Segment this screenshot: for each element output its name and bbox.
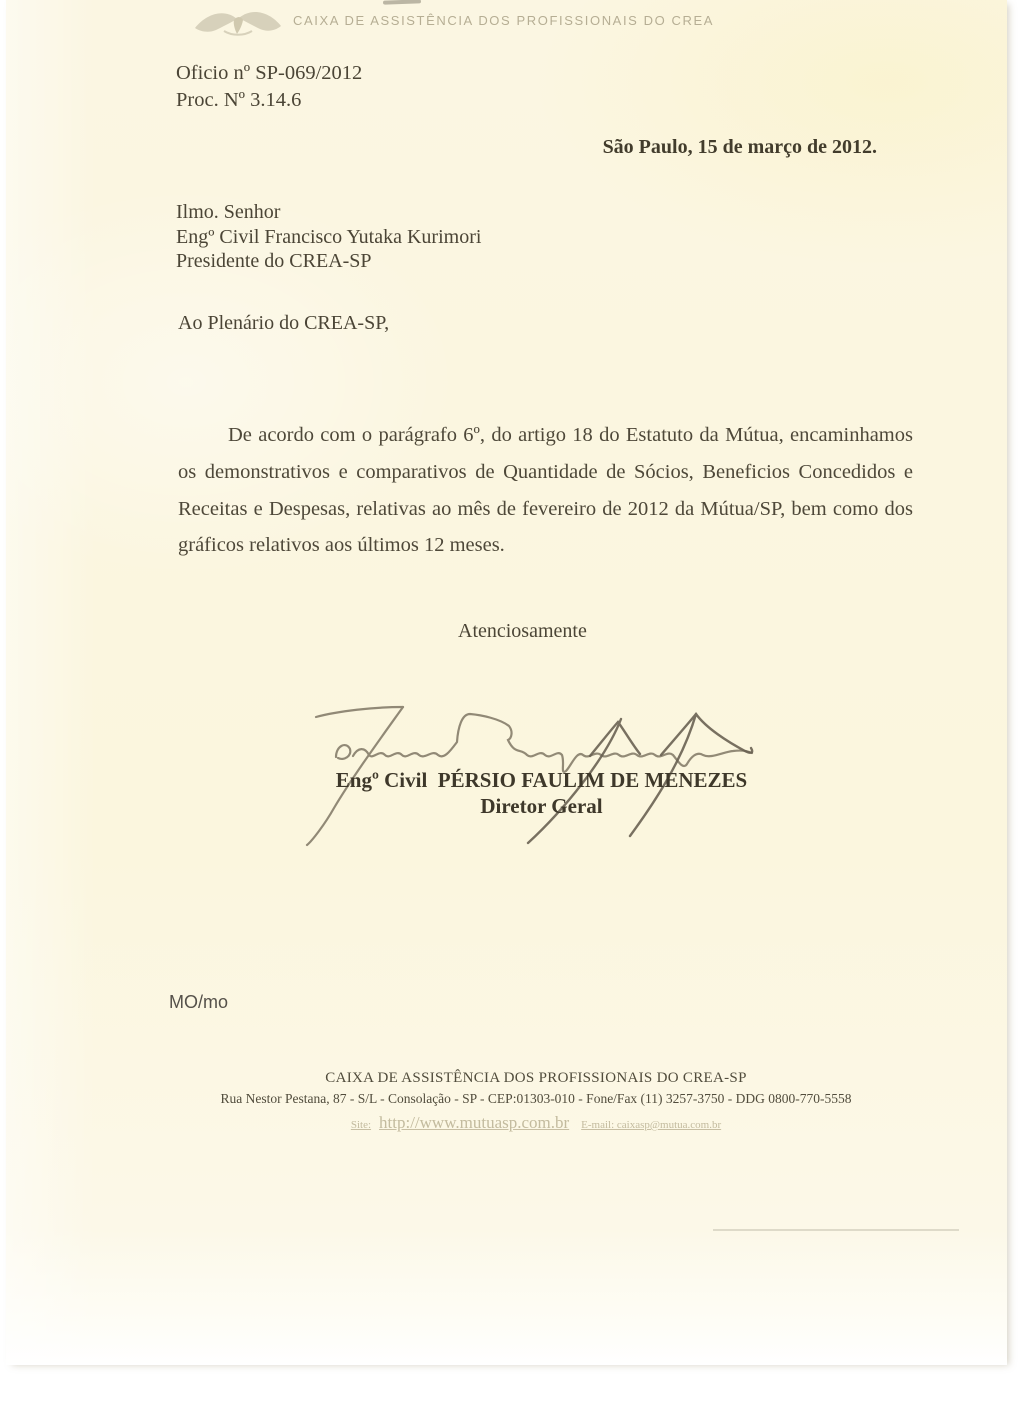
office-number: Oficio nº SP-069/2012 — [176, 60, 362, 87]
closing-line: Atenciosamente — [458, 620, 587, 643]
letter-footer: CAIXA DE ASSISTÊNCIA DOS PROFISSIONAIS D… — [36, 1070, 1024, 1133]
addressee-block: Ilmo. Senhor Engº Civil Francisco Yutaka… — [176, 200, 481, 274]
typist-initials: MO/mo — [169, 992, 228, 1013]
addressee-salutation: Ilmo. Senhor — [176, 200, 481, 225]
date-line: São Paulo, 15 de março de 2012. — [603, 136, 877, 159]
footer-site-label: Site: — [351, 1119, 371, 1131]
greeting-line: Ao Plenário do CREA-SP, — [178, 312, 389, 335]
addressee-name: Engº Civil Francisco Yutaka Kurimori — [176, 225, 481, 250]
footer-site-url: http://www.mutuasp.com.br — [379, 1113, 569, 1132]
scan-artifact-smudge — [383, 0, 421, 5]
scanned-letter-page: CAIXA DE ASSISTÊNCIA DOS PROFISSIONAIS D… — [6, 0, 1007, 1365]
footer-web-line: Site: http://www.mutuasp.com.br E-mail: … — [36, 1113, 1024, 1133]
signatory-title: Diretor Geral — [324, 794, 759, 819]
winged-emblem-icon — [192, 4, 284, 44]
reference-block: Oficio nº SP-069/2012 Proc. Nº 3.14.6 — [176, 60, 362, 114]
signatory-name: Engº Civil PÉRSIO FAULIM DE MENEZES — [324, 768, 759, 793]
addressee-role: Presidente do CREA-SP — [176, 249, 481, 274]
letterhead-org-name: CAIXA DE ASSISTÊNCIA DOS PROFISSIONAIS D… — [293, 13, 714, 28]
body-paragraph: De acordo com o parágrafo 6º, do artigo … — [178, 417, 913, 564]
footer-org-line: CAIXA DE ASSISTÊNCIA DOS PROFISSIONAIS D… — [36, 1070, 1024, 1087]
footer-email: E-mail: caixasp@mutua.com.br — [581, 1119, 721, 1131]
footer-address-line: Rua Nestor Pestana, 87 - S/L - Consolaçã… — [36, 1091, 1024, 1107]
signatory-block: Engº Civil PÉRSIO FAULIM DE MENEZES Dire… — [324, 768, 759, 819]
process-number: Proc. Nº 3.14.6 — [176, 87, 362, 114]
scan-artifact-line — [713, 1229, 959, 1231]
